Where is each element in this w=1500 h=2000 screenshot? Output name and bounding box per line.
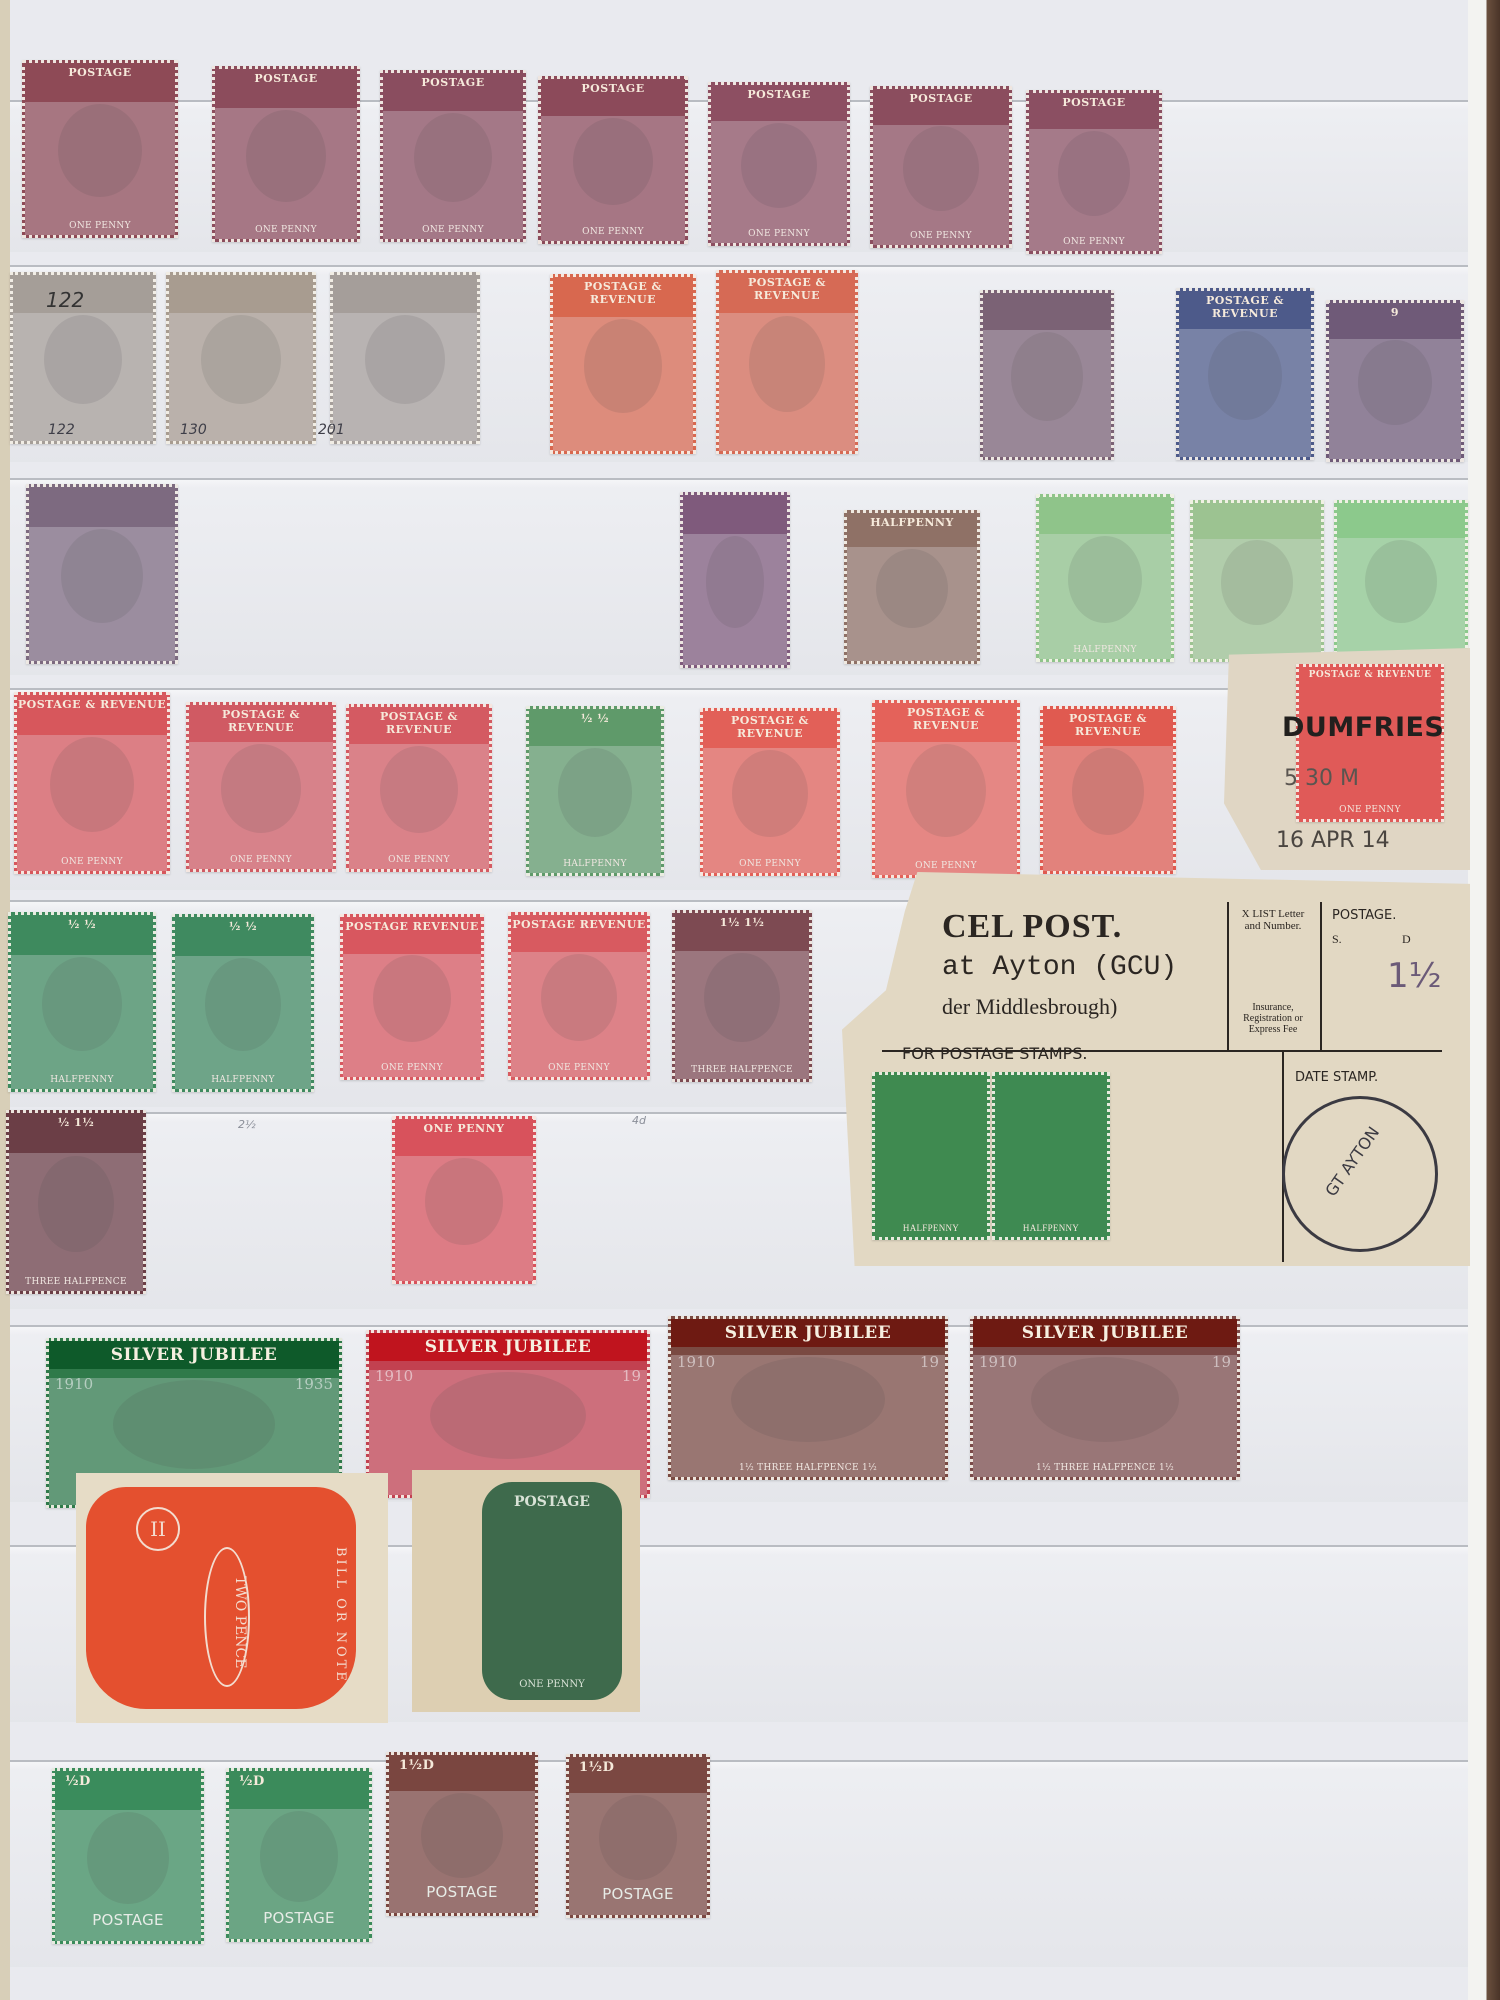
divider [1227, 902, 1229, 1052]
stamp-top-label: POSTAGE REVENUE [343, 917, 481, 933]
glassine-overlay [389, 1791, 535, 1913]
stamp-row5-4[interactable]: POSTAGE REVENUEONE PENNY [508, 912, 650, 1080]
glassine-overlay [1179, 329, 1311, 457]
stamp-top-label: POSTAGE [1029, 93, 1159, 109]
stamp-row5-5[interactable]: 1½ 1½THREE HALFPENCE [672, 910, 812, 1082]
glassine-overlay [333, 313, 477, 441]
pencil-note: 4d [632, 1114, 646, 1127]
parcel-insurance: Insurance, Registration or Express Fee [1234, 1002, 1312, 1035]
stamp-top-label: POSTAGE [711, 85, 847, 101]
stamp-top-label [169, 275, 313, 278]
glassine-overlay [683, 534, 787, 665]
parcel-amount: 1½ [1387, 956, 1442, 996]
stamp-top-label: POSTAGE [873, 89, 1009, 105]
glassine-overlay [847, 547, 977, 661]
glassine-overlay [189, 742, 333, 869]
stamp-row4-3[interactable]: POSTAGE & REVENUEONE PENNY [346, 704, 492, 872]
stamp-row5-3[interactable]: POSTAGE REVENUEONE PENNY [340, 914, 484, 1080]
glassine-overlay [9, 1153, 143, 1291]
glassine-overlay [569, 1793, 707, 1915]
stamp-row3-1[interactable] [26, 484, 178, 664]
glassine-overlay [1039, 534, 1171, 659]
stamp-top-label [13, 275, 153, 278]
stamp-top-label: 9 [1329, 303, 1461, 319]
parcel-date-stamp-label: DATE STAMP. [1295, 1070, 1378, 1085]
glassine-overlay [1329, 339, 1461, 459]
stamp-row2-8[interactable]: 9 [1326, 300, 1464, 462]
stamp-row1-3[interactable]: POSTAGEONE PENNY [380, 70, 526, 242]
stamp-top-label: POSTAGE [25, 63, 175, 79]
stamp-row6-1[interactable]: ½ 1½THREE HALFPENCE [6, 1110, 146, 1294]
stamp-row1-7[interactable]: POSTAGEONE PENNY [1026, 90, 1162, 254]
stamp-parcel-halfpenny-2[interactable]: HALFPENNY [992, 1072, 1110, 1240]
glassine-overlay [25, 102, 175, 235]
stamp-row3-6[interactable] [1334, 500, 1468, 660]
parcel-post-label[interactable]: CEL POST. at Ayton (GCU) der Middlesbrou… [842, 872, 1470, 1266]
embossed-stamp: II TWO PENCE BILL OR NOTE [86, 1487, 356, 1709]
parcel-office: at Ayton (GCU) [942, 952, 1177, 983]
stamp-row3-5[interactable] [1190, 500, 1324, 662]
stamp-dumfries-one-penny[interactable]: POSTAGE & REVENUE ONE PENNY [1296, 664, 1444, 822]
stamp-row4-4[interactable]: ½ ½HALFPENNY [526, 706, 664, 876]
embossed-text: TWO PENCE [204, 1547, 250, 1687]
album-edge [1468, 0, 1500, 2000]
stamp-row7-4[interactable]: SILVER JUBILEE1910191½ THREE HALFPENCE 1… [970, 1316, 1240, 1480]
stamp-top-label: ONE PENNY [395, 1119, 533, 1135]
stamp-row1-1[interactable]: POSTAGEONE PENNY [22, 60, 178, 238]
stamp-top-label [1193, 503, 1321, 506]
stamp-row2-5[interactable]: POSTAGE & REVENUE [716, 270, 858, 454]
stamp-top-label: SILVER JUBILEE [671, 1319, 945, 1347]
pencil-note: 122 [48, 422, 75, 438]
stamp-top-label: SILVER JUBILEE [369, 1333, 647, 1361]
glassine-overlay [349, 744, 489, 869]
stamp-row9-1[interactable]: ½DPOSTAGE [52, 1768, 204, 1944]
stamp-row2-6[interactable] [980, 290, 1114, 460]
stamp-top-label [29, 487, 175, 490]
glassine-overlay [875, 742, 1017, 875]
postmark-town: DUMFRIES [1282, 712, 1444, 743]
stamp-top-label: POSTAGE [383, 73, 523, 89]
glassine-overlay [719, 313, 855, 451]
stamp-top-label: POSTAGE & REVENUE [703, 711, 837, 740]
stamp-row2-4[interactable]: POSTAGE & REVENUE [550, 274, 696, 454]
stamp-row7-3[interactable]: SILVER JUBILEE1910191½ THREE HALFPENCE 1… [668, 1316, 948, 1480]
glassine-overlay [983, 330, 1111, 457]
stamp-top-label: POSTAGE & REVENUE [719, 273, 855, 302]
stamp-row4-2[interactable]: POSTAGE & REVENUEONE PENNY [186, 702, 336, 872]
glassine-overlay [215, 108, 357, 239]
stamp-row2-3[interactable] [330, 272, 480, 444]
glassine-overlay [675, 951, 809, 1079]
stamp-top-label: 1½ 1½ [675, 913, 809, 929]
parcel-shillings: S. [1332, 932, 1342, 947]
stamp-row5-1[interactable]: ½ ½HALFPENNY [8, 912, 156, 1092]
glassine-overlay [873, 125, 1009, 245]
stamp-row2-7[interactable]: POSTAGE & REVENUE [1176, 288, 1314, 460]
glassine-overlay [17, 735, 167, 871]
stamp-parcel-halfpenny-1[interactable]: HALFPENNY [872, 1072, 990, 1240]
stamp-top-label: SILVER JUBILEE [49, 1341, 339, 1369]
envelope-cutout-one-penny[interactable]: POSTAGE ONE PENNY [412, 1470, 640, 1712]
parcel-postage-header: POSTAGE. [1332, 908, 1396, 923]
glassine-overlay [529, 746, 661, 873]
glassine-overlay [395, 1156, 533, 1281]
stamp-row4-6[interactable]: POSTAGE & REVENUEONE PENNY [872, 700, 1020, 878]
stamp-row9-4[interactable]: 1½DPOSTAGE [566, 1754, 710, 1918]
glassine-overlay [343, 954, 481, 1077]
glassine-overlay [11, 955, 153, 1089]
glassine-overlay [671, 1355, 945, 1477]
stamp-row1-6[interactable]: POSTAGEONE PENNY [870, 86, 1012, 248]
divider [882, 1050, 1442, 1052]
glassine-overlay [1337, 538, 1465, 657]
embossed-text: POSTAGE [482, 1494, 622, 1510]
stamp-row5-2[interactable]: ½ ½HALFPENNY [172, 914, 314, 1092]
stamp-row4-7[interactable]: POSTAGE & REVENUE [1040, 706, 1176, 874]
date-stamp-postmark [1282, 1096, 1438, 1252]
stamp-top-label: SILVER JUBILEE [973, 1319, 1237, 1347]
stamp-top-label: POSTAGE & REVENUE [1179, 291, 1311, 320]
parcel-title: CEL POST. [942, 908, 1122, 946]
embossed-legend: BILL OR NOTE [333, 1547, 348, 1684]
glassine-overlay [13, 313, 153, 441]
stamp-row3-2[interactable] [680, 492, 790, 668]
stamp-top-label: ½ ½ [175, 917, 311, 933]
parcel-x-list: X LIST Letter and Number. [1237, 908, 1309, 932]
stamp-row1-2[interactable]: POSTAGEONE PENNY [212, 66, 360, 242]
stamp-top-label: 1½D [569, 1757, 707, 1775]
stamp-top-label: POSTAGE & REVENUE [17, 695, 167, 711]
stamp-top-label: 1½D [389, 1755, 535, 1773]
stamp-top-label: POSTAGE & REVENUE [189, 705, 333, 734]
stamp-row9-2[interactable]: ½DPOSTAGE [226, 1768, 372, 1942]
glassine-overlay [175, 956, 311, 1089]
stamp-top-label: POSTAGE [215, 69, 357, 85]
stamp-top-label [1337, 503, 1465, 506]
stamp-top-label: POSTAGE & REVENUE [875, 703, 1017, 732]
embossed-bottom: ONE PENNY [482, 1679, 622, 1690]
glassine-overlay [55, 1810, 201, 1941]
pencil-note: 201 [318, 422, 345, 438]
stamp-top-label: POSTAGE REVENUE [511, 915, 647, 931]
stamp-row9-3[interactable]: 1½DPOSTAGE [386, 1752, 538, 1916]
parcel-sub-office: der Middlesbrough) [942, 994, 1117, 1020]
stamp-top-label [333, 275, 477, 278]
pencil-note: 130 [180, 422, 207, 438]
stamp-top-label: POSTAGE [541, 79, 685, 95]
glassine-overlay [703, 748, 837, 873]
stamp-row6-2[interactable]: ONE PENNY [392, 1116, 536, 1284]
stamp-row3-4[interactable]: HALFPENNY [1036, 494, 1174, 662]
stamp-row4-5[interactable]: POSTAGE & REVENUEONE PENNY [700, 708, 840, 876]
stamp-top-label: POSTAGE & REVENUE [349, 707, 489, 736]
glassine-overlay [973, 1355, 1237, 1477]
postmark-time: 5 30 M [1284, 766, 1359, 791]
dumfries-piece[interactable]: POSTAGE & REVENUE ONE PENNY DUMFRIES 5 3… [1224, 648, 1470, 870]
glassine-overlay [511, 952, 647, 1077]
stamp-top-label: HALFPENNY [847, 513, 977, 529]
glassine-overlay [1043, 746, 1173, 871]
stamp-top-label: ½ ½ [529, 709, 661, 725]
glassine-overlay [711, 121, 847, 243]
divider [1320, 902, 1322, 1052]
stamp-top-label: ½ 1½ [9, 1113, 143, 1129]
stamp-top-label: ½ ½ [11, 915, 153, 931]
stamp-top-label: ½D [55, 1771, 201, 1789]
stamp-row1-5[interactable]: POSTAGEONE PENNY [708, 82, 850, 246]
stamp-top-label [1039, 497, 1171, 500]
glassine-overlay [1029, 129, 1159, 251]
pencil-note: 2½ [238, 1118, 256, 1131]
stamp-top-label: POSTAGE & REVENUE [553, 277, 693, 306]
stamp-row3-3[interactable]: HALFPENNY [844, 510, 980, 664]
glassine-overlay [229, 1809, 369, 1939]
embossed-value: II [136, 1507, 180, 1551]
stamp-top-label: ½D [229, 1771, 369, 1789]
stamp-row1-4[interactable]: POSTAGEONE PENNY [538, 76, 688, 244]
glassine-overlay [1193, 539, 1321, 659]
glassine-overlay [553, 317, 693, 451]
parcel-pence: D [1402, 932, 1411, 947]
embossed-stamp: POSTAGE ONE PENNY [482, 1482, 622, 1700]
glassine-overlay [383, 111, 523, 239]
parcel-for-stamps: FOR POSTAGE STAMPS. [902, 1044, 1088, 1063]
glassine-overlay [541, 116, 685, 241]
stamp-row2-2[interactable] [166, 272, 316, 444]
envelope-cutout-two-pence[interactable]: II TWO PENCE BILL OR NOTE [76, 1473, 388, 1723]
postmark-date: 16 APR 14 [1276, 828, 1390, 853]
pencil-note: 122 [46, 288, 84, 312]
glassine-overlay [29, 527, 175, 661]
stamp-row4-1[interactable]: POSTAGE & REVENUEONE PENNY [14, 692, 170, 874]
stamp-top-label: POSTAGE & REVENUE [1043, 709, 1173, 738]
stamp-top-label [683, 495, 787, 498]
stamp-top-label [983, 293, 1111, 296]
